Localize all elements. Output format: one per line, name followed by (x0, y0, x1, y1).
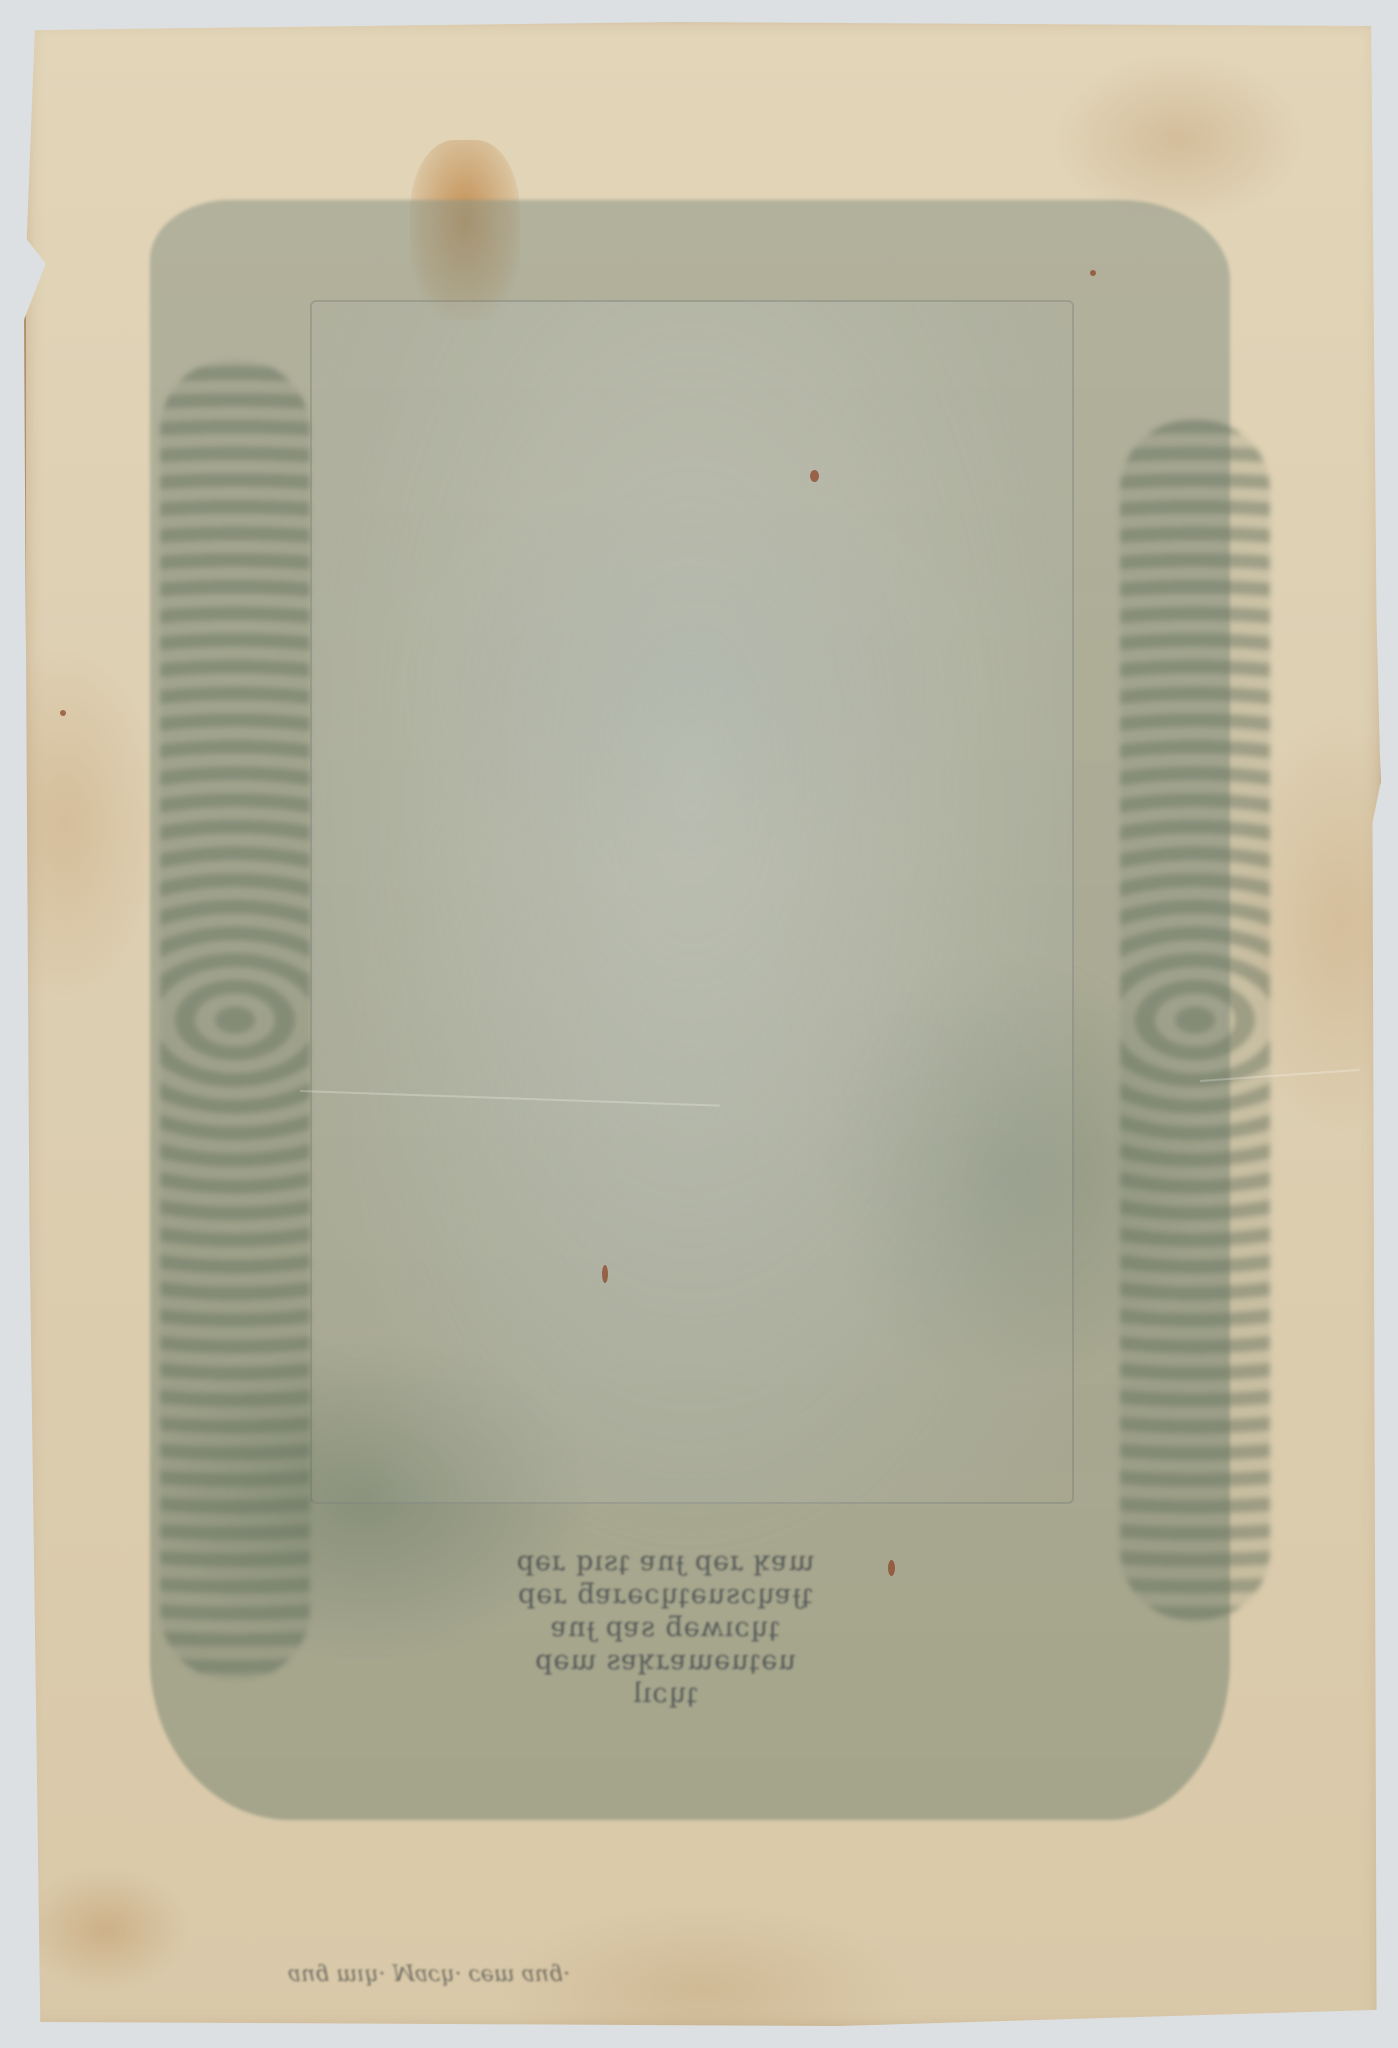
foxing-spot (60, 710, 66, 716)
showthrough-picture-panel (310, 300, 1074, 1504)
caption-line: uǝʇuǝɯɐɹʞɐs ɯǝp (355, 1644, 975, 1677)
foxing-spot (1090, 270, 1096, 276)
ornamental-wreath-left (160, 360, 310, 1680)
caption-line: ʇɥɔıl (355, 1677, 975, 1710)
caption-line: ɯɐʞ ɹǝp ɟnɐ ʇsıq ɹǝp (355, 1545, 975, 1578)
foxing-spot (602, 1265, 608, 1283)
mirrored-caption-text: ɯɐʞ ɹǝp ɟnɐ ʇsıq ɹǝp ʇɟɐɥɔsuǝʇɥɔǝɹɐƃ ɹǝp… (355, 1545, 975, 1710)
ornamental-wreath-right (1120, 420, 1270, 1620)
foxing-spot (810, 470, 819, 482)
caption-line: ʇɥɔıʍǝƃ sɐp ɟnɐ (355, 1611, 975, 1644)
mirrored-engraver-line: ·ɓnɐ ɯǝɔ ·ɥɔɐꟽ ·ɥıɯ ɓnɐ (30, 1962, 570, 1987)
caption-line: ʇɟɐɥɔsuǝʇɥɔǝɹɐƃ ɹǝp (355, 1578, 975, 1611)
